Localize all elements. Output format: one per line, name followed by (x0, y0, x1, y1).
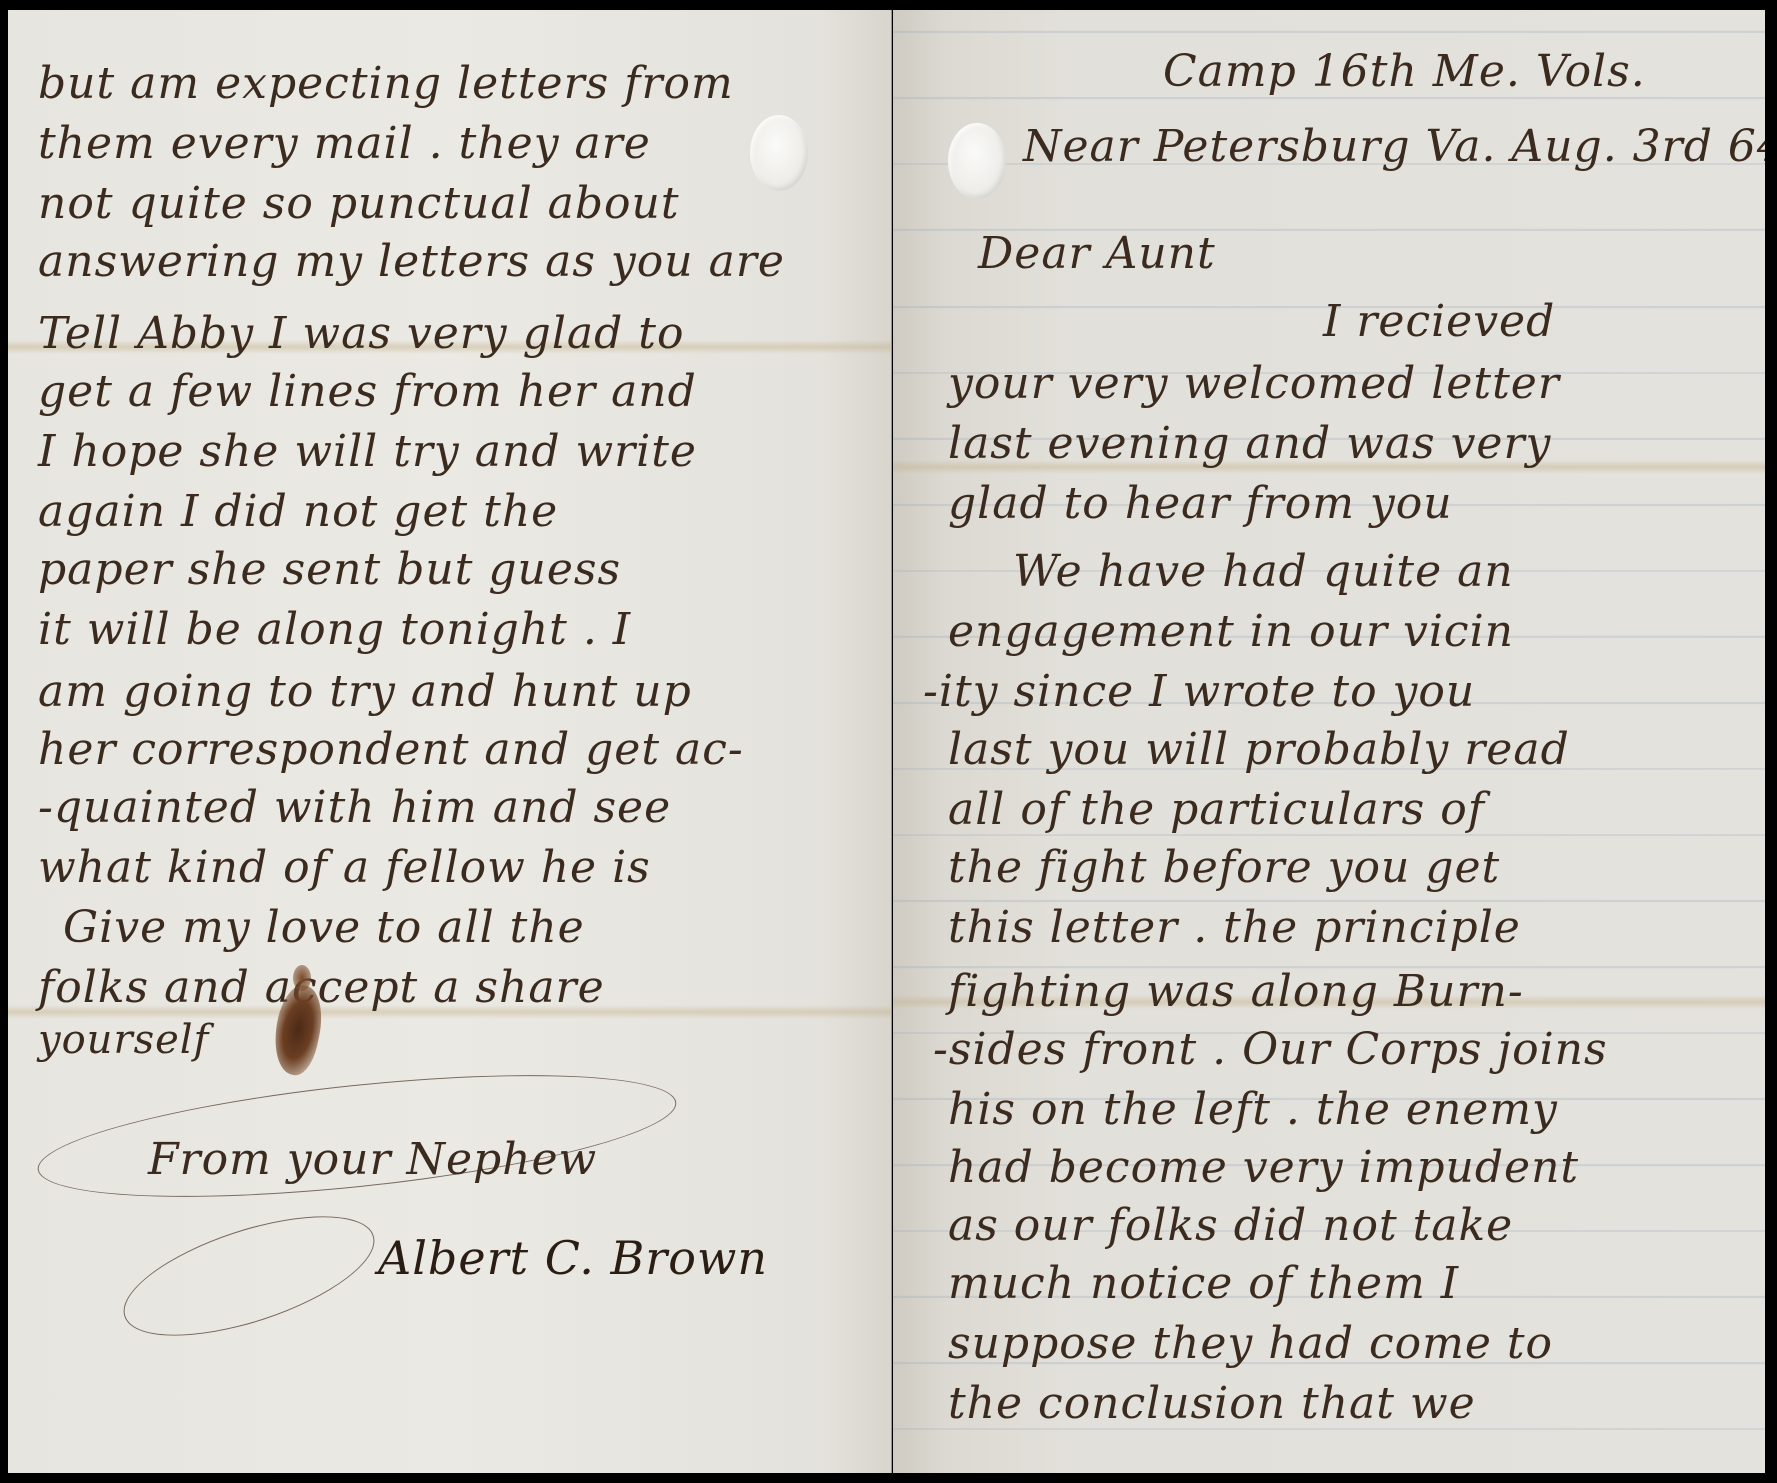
letter-page-right: Camp 16th Me. Vols. Near Petersburg Va. … (893, 10, 1765, 1473)
letter-line: again I did not get the (38, 490, 558, 534)
letter-line: suppose they had come to (948, 1322, 1553, 1366)
letter-line: get a few lines from her and (38, 370, 697, 414)
letter-signature: Albert C. Brown (378, 1235, 768, 1281)
letter-line: I recieved (1323, 300, 1555, 344)
letter-line: We have had quite an (1013, 550, 1514, 594)
letter-line: fighting was along Burn- (948, 970, 1524, 1014)
signature-flourish (110, 1192, 388, 1360)
letter-line: I hope she will try and write (38, 430, 697, 474)
letter-line: last you will probably read (948, 728, 1570, 772)
letter-line: her correspondent and get ac- (38, 728, 744, 772)
letter-line: Tell Abby I was very glad to (38, 312, 684, 356)
letter-line: but am expecting letters from (38, 62, 734, 106)
letter-line: -ity since I wrote to you (923, 670, 1475, 714)
letter-line: answering my letters as you are (38, 240, 785, 284)
letter-line: glad to hear from you (948, 482, 1453, 526)
letter-line: the fight before you get (948, 846, 1500, 890)
letter-line: Give my love to all the (63, 906, 585, 950)
letter-salutation: Dear Aunt (978, 232, 1216, 276)
letter-line: all of the particulars of (948, 788, 1485, 832)
letter-line: paper she sent but guess (38, 548, 621, 592)
letter-closing: From your Nephew (148, 1138, 597, 1182)
letter-line: last evening and was very (948, 422, 1551, 466)
letter-line: -quainted with him and see (38, 786, 671, 830)
embossed-seal-icon (750, 115, 808, 191)
letter-line: as our folks did not take (948, 1204, 1513, 1248)
letter-heading-place-date: Near Petersburg Va. Aug. 3rd 64 (1023, 125, 1765, 169)
letter-line: it will be along tonight . I (38, 608, 631, 652)
letter-line: your very welcomed letter (948, 362, 1560, 406)
letter-line: them every mail . they are (38, 122, 651, 166)
letter-line: -sides front . Our Corps joins (933, 1028, 1608, 1072)
letter-page-left: but am expecting letters from them every… (8, 10, 892, 1473)
letter-line: yourself (38, 1020, 209, 1060)
letter-line: this letter . the principle (948, 906, 1521, 950)
letter-line: what kind of a fellow he is (38, 846, 651, 890)
letter-line: the conclusion that we (948, 1382, 1476, 1426)
letter-line: not quite so punctual about (38, 182, 680, 226)
letter-line: much notice of them I (948, 1262, 1459, 1306)
letter-line: engagement in our vicin (948, 610, 1514, 654)
letter-line: folks and accept a share (38, 966, 605, 1010)
letter-line: had become very impudent (948, 1146, 1579, 1190)
letter-line: am going to try and hunt up (38, 670, 692, 714)
embossed-seal-icon (948, 123, 1006, 199)
letter-line: his on the left . the enemy (948, 1088, 1558, 1132)
letter-heading-camp: Camp 16th Me. Vols. (1163, 50, 1646, 94)
